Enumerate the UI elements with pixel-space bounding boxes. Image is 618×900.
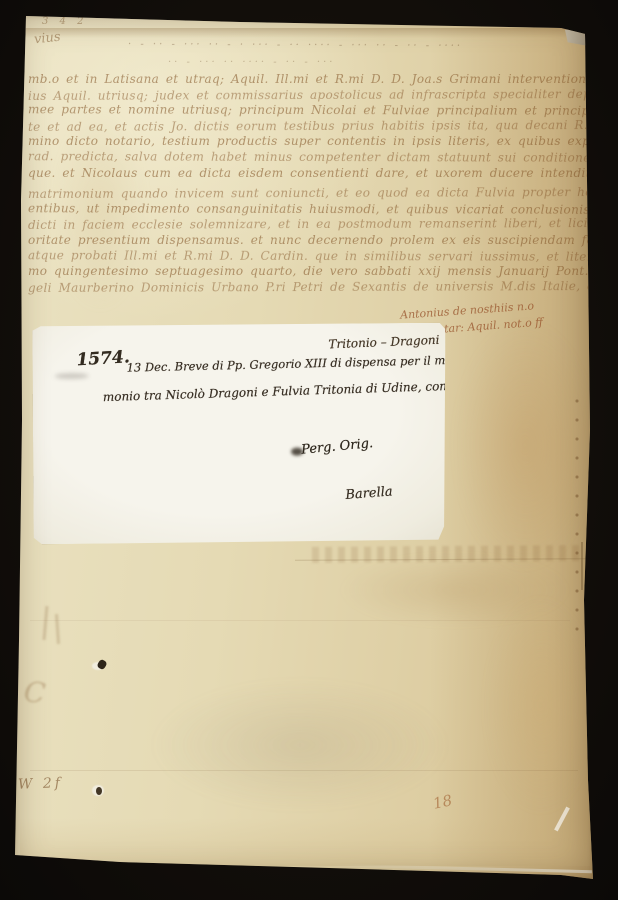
edge-vignette [14,15,593,879]
photo-background: 3 4 2 vius · - ·· - ··· ·· - · ··· - ·· … [0,0,618,900]
parchment-sheet: 3 4 2 vius · - ·· - ··· ·· - · ··· - ·· … [0,0,618,900]
